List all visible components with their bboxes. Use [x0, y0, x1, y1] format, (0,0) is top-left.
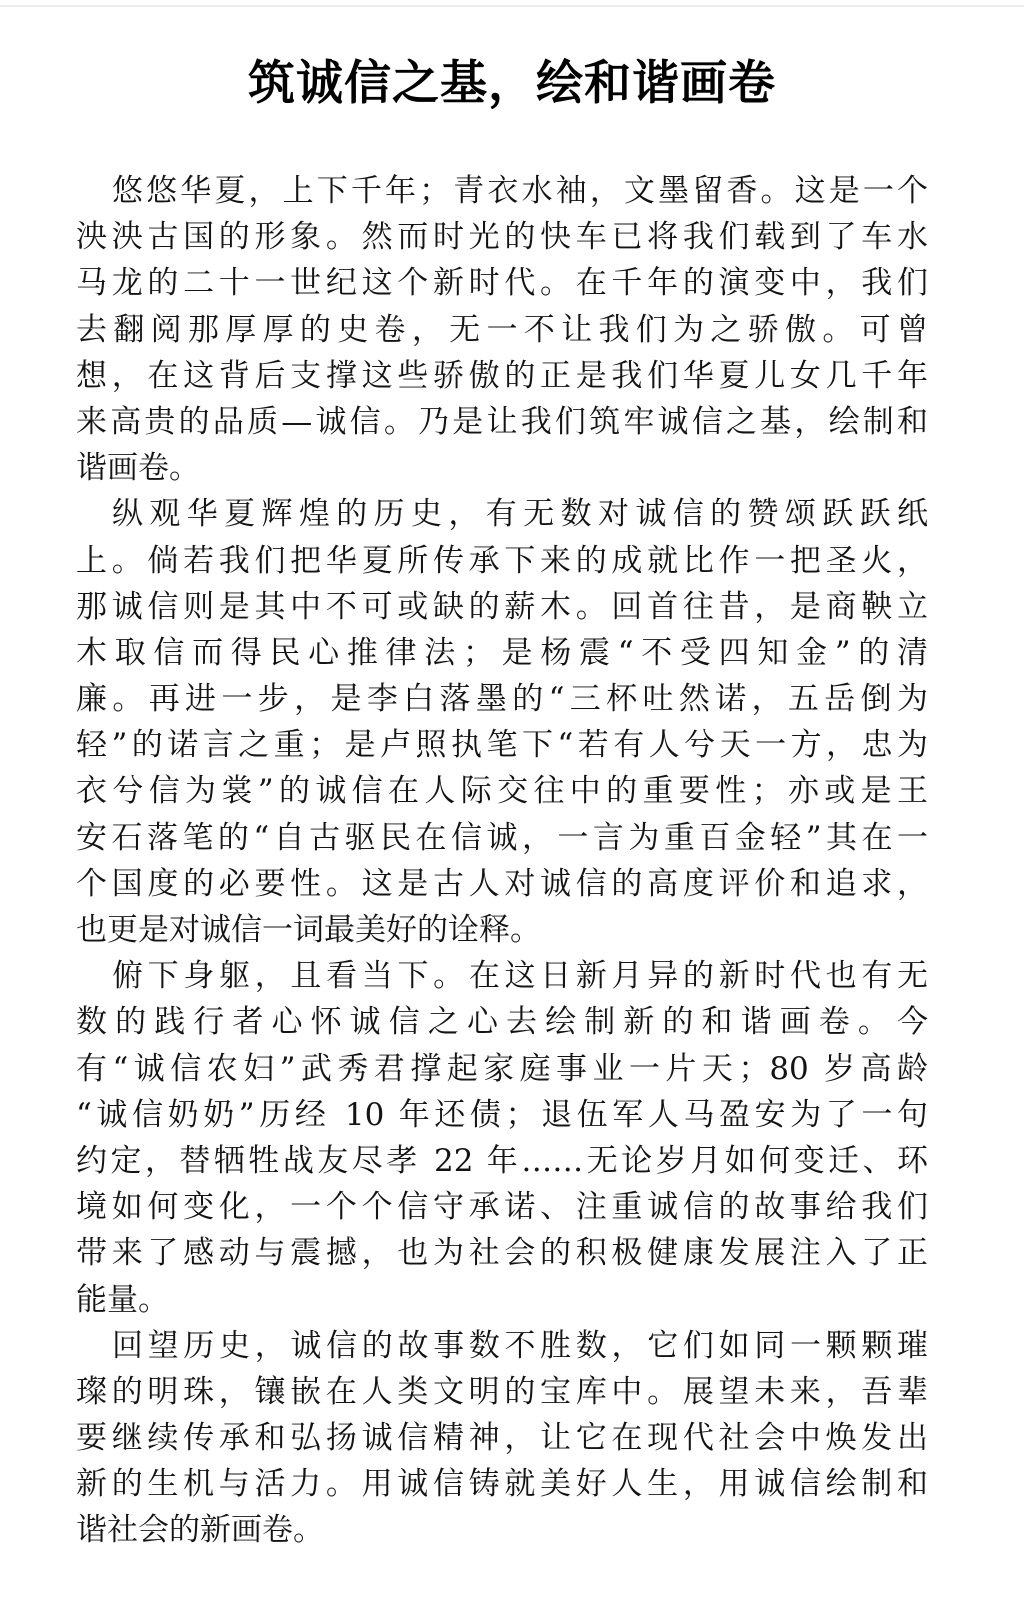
paragraph-4: 回望历史，诚信的故事数不胜数，它们如同一颗颗璀 璨的明珠，镶嵌在人类文明的宝库中…	[76, 1323, 928, 1554]
text-line: 俯下身躯，且看当下。在这日新月异的新时代也有无	[76, 953, 928, 999]
text-line: 也更是对诚信一词最美好的诠释。	[76, 907, 928, 953]
text-line: 带来了感动与震撼，也为社会的积极健康发展注入了正	[76, 1230, 928, 1276]
text-line: 璨的明珠，镶嵌在人类文明的宝库中。展望未来，吾辈	[76, 1369, 928, 1415]
paragraph-3: 俯下身躯，且看当下。在这日新月异的新时代也有无 数的践行者心怀诚信之心去绘制新的…	[76, 953, 928, 1323]
text-line: 谐画卷。	[76, 445, 928, 491]
text-line: 廉。再进一步，是李白落墨的“三杯吐然诺，五岳倒为	[76, 676, 928, 722]
text-line: 安石落笔的“自古驱民在信诚，一言为重百金轻”其在一	[76, 815, 928, 861]
text-line: 衣兮信为裳”的诚信在人际交往中的重要性；亦或是王	[76, 768, 928, 814]
text-line: 境如何变化，一个个信守承诺、注重诚信的故事给我们	[76, 1184, 928, 1230]
text-line: 泱泱古国的形象。然而时光的快车已将我们载到了车水	[76, 214, 928, 260]
top-divider	[0, 5, 1024, 7]
text-line: 新的生机与活力。用诚信铸就美好人生，用诚信绘制和	[76, 1461, 928, 1507]
text-line: 那诚信则是其中不可或缺的薪木。回首往昔，是商鞅立	[76, 584, 928, 630]
text-line: 去翻阅那厚厚的史卷，无一不让我们为之骄傲。可曾	[76, 307, 928, 353]
text-line: “诚信奶奶”历经 10 年还债；退伍军人马盈安为了一句	[76, 1092, 928, 1138]
paragraph-1: 悠悠华夏，上下千年；青衣水袖，文墨留香。这是一个 泱泱古国的形象。然而时光的快车…	[76, 168, 928, 491]
text-line: 上。倘若我们把华夏所传承下来的成就比作一把圣火，	[76, 538, 928, 584]
text-line: 能量。	[76, 1277, 928, 1323]
text-line: 数的践行者心怀诚信之心去绘制新的和谐画卷。今	[76, 999, 928, 1045]
essay-title: 筑诚信之基，绘和谐画卷	[0, 52, 1024, 116]
text-line: 想，在这背后支撑这些骄傲的正是我们华夏儿女几千年	[76, 353, 928, 399]
essay-body: 悠悠华夏，上下千年；青衣水袖，文墨留香。这是一个 泱泱古国的形象。然而时光的快车…	[76, 168, 928, 1554]
text-line: 纵观华夏辉煌的历史，有无数对诚信的赞颂跃跃纸	[76, 491, 928, 537]
text-line: 回望历史，诚信的故事数不胜数，它们如同一颗颗璀	[76, 1323, 928, 1369]
text-line: 要继续传承和弘扬诚信精神，让它在现代社会中焕发出	[76, 1415, 928, 1461]
text-line: 悠悠华夏，上下千年；青衣水袖，文墨留香。这是一个	[76, 168, 928, 214]
text-line: 马龙的二十一世纪这个新时代。在千年的演变中，我们	[76, 260, 928, 306]
text-line: 谐社会的新画卷。	[76, 1507, 928, 1553]
text-line: 来高贵的品质—诚信。乃是让我们筑牢诚信之基，绘制和	[76, 399, 928, 445]
paragraph-2: 纵观华夏辉煌的历史，有无数对诚信的赞颂跃跃纸 上。倘若我们把华夏所传承下来的成就…	[76, 491, 928, 953]
text-line: 木取信而得民心推律法；是杨震“不受四知金”的清	[76, 630, 928, 676]
text-line: 约定，替牺牲战友尽孝 22 年……无论岁月如何变迁、环	[76, 1138, 928, 1184]
text-line: 个国度的必要性。这是古人对诚信的高度评价和追求，	[76, 861, 928, 907]
text-line: 轻”的诺言之重；是卢照执笔下“若有人兮天一方，忠为	[76, 722, 928, 768]
text-line: 有“诚信农妇”武秀君撑起家庭事业一片天；80 岁高龄	[76, 1046, 928, 1092]
